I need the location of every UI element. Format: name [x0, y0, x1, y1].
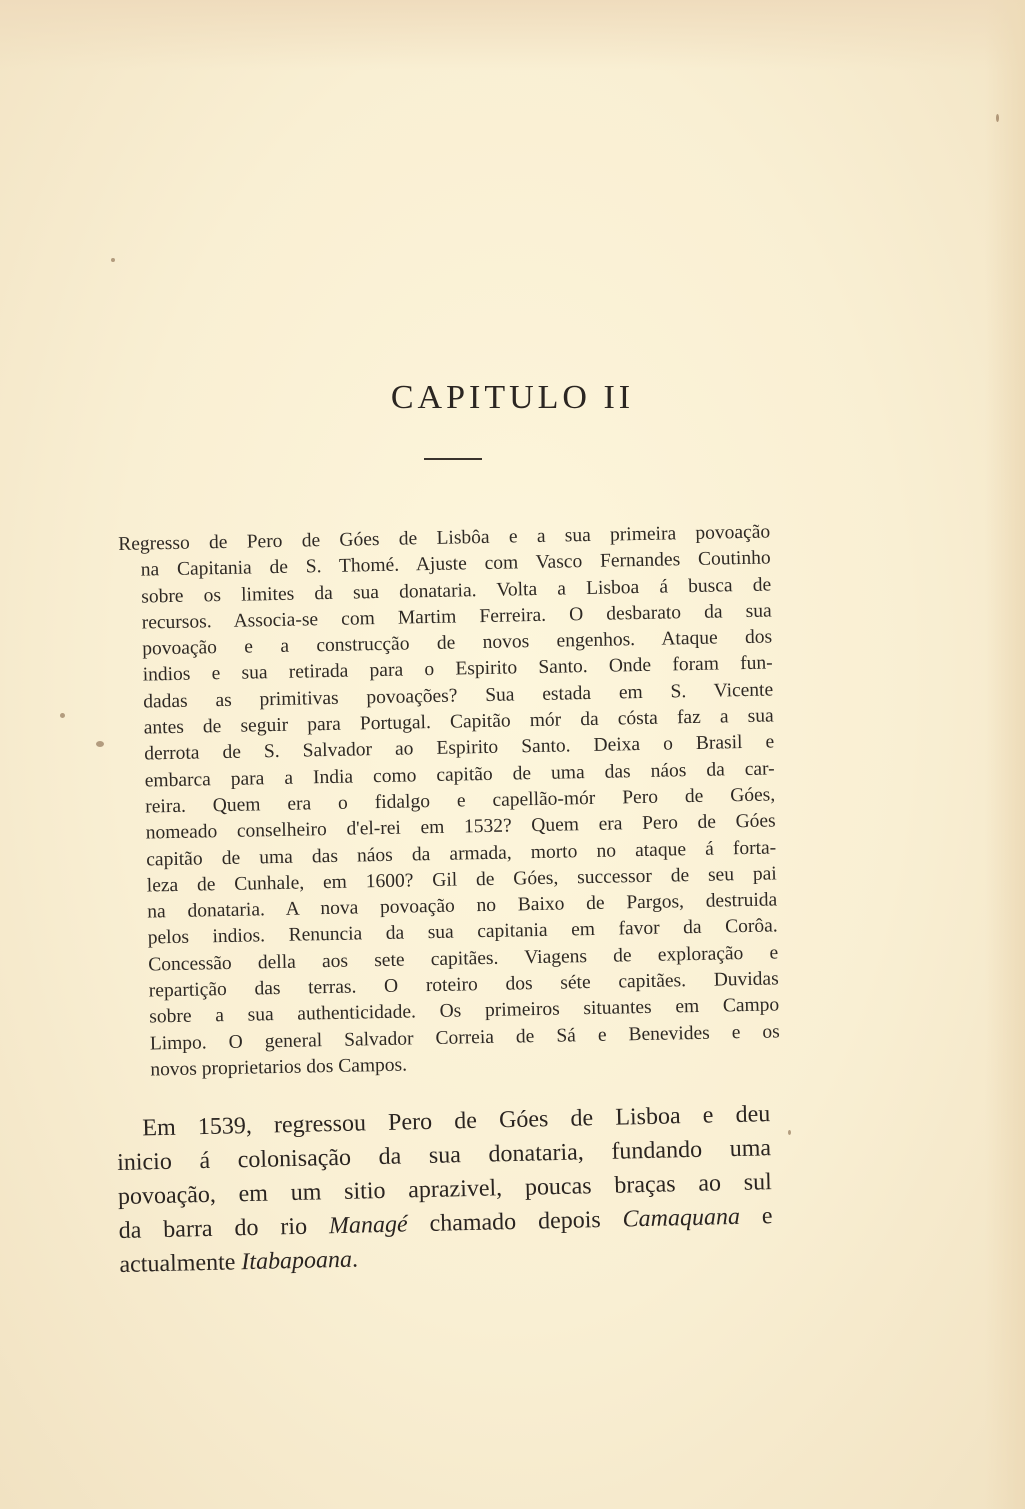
chapter-title: CAPITULO II: [0, 379, 1025, 417]
title-divider: [424, 458, 482, 460]
page-edge-shadow-right: [985, 0, 1025, 1509]
paper-speck: [996, 114, 999, 122]
body-text-run: chamado depois: [407, 1207, 623, 1238]
page-edge-shadow-top: [0, 0, 1025, 70]
paper-speck: [96, 741, 104, 747]
paper-speck: [788, 1130, 791, 1135]
body-text-run: da barra do rio: [118, 1213, 329, 1244]
paper-speck: [60, 713, 65, 718]
paper-speck: [111, 258, 115, 262]
scanned-page: CAPITULO II Regresso de Pero de Góes de …: [0, 0, 1025, 1509]
chapter-summary: Regresso de Pero de Góes de Lisbôa e a s…: [118, 519, 780, 1084]
body-text-run: .: [352, 1247, 359, 1273]
italic-place-name: Managé: [329, 1211, 408, 1239]
body-text-run: actualmente: [119, 1249, 241, 1278]
italic-place-name: Camaquana: [622, 1204, 740, 1233]
body-paragraph: Em 1539, regressou Pero de Góes de Lisbo…: [116, 1097, 774, 1282]
body-text-run: e: [740, 1203, 773, 1230]
italic-place-name: Itabapoana: [241, 1247, 352, 1276]
